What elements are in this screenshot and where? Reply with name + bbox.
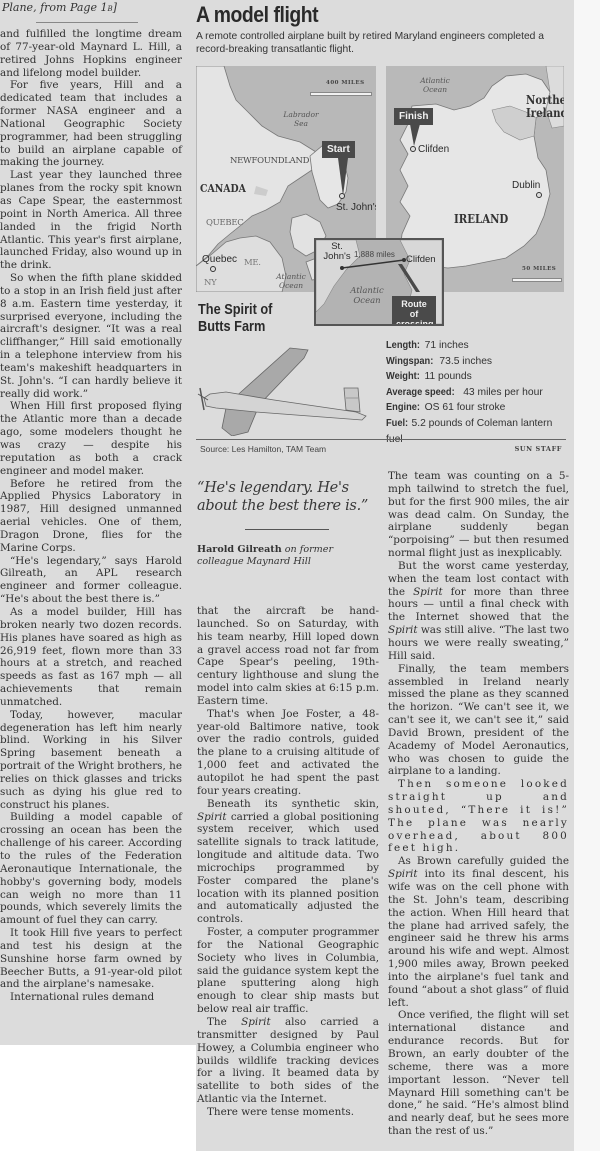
scale-label: 400 MILES xyxy=(326,80,365,86)
paragraph: Foster, a computer programmer for the Na… xyxy=(197,926,379,1016)
city-marker-icon xyxy=(210,266,216,272)
city-label-st-johns: St. John's xyxy=(336,202,376,213)
scale-bar xyxy=(310,92,372,96)
spec-value: 43 miles per hour xyxy=(463,387,543,398)
spec-value: 73.5 inches xyxy=(439,356,492,367)
pull-quote-name: Harold Gilreath xyxy=(197,544,282,555)
region-label-newfoundland: NEWFOUNDLAND xyxy=(230,156,309,166)
spec-key: Fuel: xyxy=(386,416,408,432)
pull-quote-text: “He's legendary. He's about the best the… xyxy=(197,480,377,515)
country-label-canada: CANADA xyxy=(200,182,246,195)
paragraph: As Brown carefully guided the Spirit int… xyxy=(388,855,569,1009)
jump-line: Plane, from Page 1B] xyxy=(0,0,184,18)
state-label-me: ME. xyxy=(244,258,261,268)
spec-row: Engine: OS 61 four stroke xyxy=(386,400,568,416)
spec-row: Weight: 11 pounds xyxy=(386,369,568,385)
jump-rule xyxy=(36,22,138,23)
article-column-3: The team was counting on a 5-mph tailwin… xyxy=(388,470,569,1138)
paragraph: Today, however, macular degeneration has… xyxy=(0,709,182,812)
jump-line-text: Plane, from Page 1 xyxy=(2,1,107,14)
paragraph: “He's legendary,” says Harold Gilreath, … xyxy=(0,555,182,606)
paragraph: But the worst came yesterday, when the t… xyxy=(388,560,569,663)
paragraph: So when the fifth plane skidded to a sto… xyxy=(0,272,182,400)
start-pointer-icon xyxy=(336,158,350,198)
model-airplane-illustration-icon xyxy=(196,336,376,436)
ocean-label: Atlantic Ocean xyxy=(410,76,460,94)
paragraph: When Hill first proposed flying the Atla… xyxy=(0,400,182,477)
paragraph: Before he retired from the Applied Physi… xyxy=(0,478,182,555)
info-graphic: A model flight A remote controlled airpl… xyxy=(196,2,568,466)
jump-bracket: ] xyxy=(113,1,117,14)
paragraph: Then someone looked straight up and shou… xyxy=(388,778,569,855)
column-1-body: and fulfilled the longtime dream of 77-y… xyxy=(0,28,182,1004)
spec-row: Length: 71 inches xyxy=(386,338,568,354)
paragraph: and fulfilled the longtime dream of 77-y… xyxy=(0,28,182,79)
paragraph: Finally, the team members assembled in I… xyxy=(388,663,569,779)
state-label-ny: NY xyxy=(204,278,216,288)
plane-title-text: The Spirit of Butts Farm xyxy=(198,302,295,336)
spec-value: 11 pounds xyxy=(424,371,471,382)
graphic-source: Source: Les Hamilton, TAM Team xyxy=(200,444,326,454)
city-label-clifden: Clifden xyxy=(418,144,449,155)
spec-key: Length: xyxy=(386,338,420,354)
inset-from-label: St. John's xyxy=(318,242,356,262)
inset-to-label: Clifden xyxy=(406,254,436,265)
ship-name: Spirit xyxy=(197,811,227,823)
ship-name: Spirit xyxy=(388,868,418,880)
paragraph: Last year they launched three planes fro… xyxy=(0,169,182,272)
country-label-ireland: IRELAND xyxy=(454,212,508,226)
paragraph: There were tense moments. xyxy=(197,1106,379,1119)
paragraph: The team was counting on a 5-mph tailwin… xyxy=(388,470,569,560)
spec-key: Engine: xyxy=(386,400,420,416)
graphic-credit: SUN STAFF xyxy=(515,445,562,453)
paragraph: International rules demand xyxy=(0,991,182,1004)
article-column-1: Plane, from Page 1B] and fulfilled the l… xyxy=(0,0,184,18)
map-inset-route: St. John's 1,888 miles Clifden Atlantic … xyxy=(314,238,444,326)
pull-quote-rule xyxy=(245,529,329,530)
graphic-rule xyxy=(196,439,566,440)
spec-row: Fuel: 5.2 pounds of Coleman lantern fuel xyxy=(386,416,568,447)
finish-tag: Finish xyxy=(394,108,433,125)
country-label-northern-ireland: Northern Ireland xyxy=(526,94,564,120)
spec-value: 5.2 pounds of Coleman lantern fuel xyxy=(386,418,552,445)
paragraph: That's when Joe Foster, a 48-year-old Ba… xyxy=(197,708,379,798)
spec-key: Wingspan: xyxy=(386,354,433,370)
clipping-cut-area xyxy=(0,1045,196,1151)
scan-margin xyxy=(574,0,600,1151)
scale-label: 50 MILES xyxy=(522,266,556,272)
spec-key: Average speed: xyxy=(386,385,455,401)
city-label-quebec: Quebec xyxy=(202,254,237,265)
ship-name: Spirit xyxy=(388,624,418,636)
region-label-quebec: QUEBEC xyxy=(206,218,244,228)
sea-label: Labrador Sea xyxy=(276,110,326,128)
article-column-2: that the aircraft be hand-launched. So o… xyxy=(197,605,379,1119)
spec-row: Average speed: 43 miles per hour xyxy=(386,385,568,401)
ocean-label: Atlantic Ocean xyxy=(266,272,316,290)
spec-value: 71 inches xyxy=(425,340,469,351)
ocean-label: Atlantic Ocean xyxy=(342,286,392,306)
paragraph: that the aircraft be hand-launched. So o… xyxy=(197,605,379,708)
paragraph: Building a model capable of crossing an … xyxy=(0,811,182,927)
finish-marker-icon xyxy=(410,146,416,152)
spec-key: Weight: xyxy=(386,369,420,385)
ship-name: Spirit xyxy=(241,1016,271,1028)
spec-value: OS 61 four stroke xyxy=(425,402,506,413)
paragraph: It took Hill five years to perfect and t… xyxy=(0,927,182,991)
graphic-subtitle: A remote controlled airplane built by re… xyxy=(196,30,566,56)
start-tag: Start xyxy=(322,141,355,158)
plane-specs: Length: 71 inches Wingspan: 73.5 inches … xyxy=(386,338,568,447)
capital-marker-icon xyxy=(536,192,542,198)
pull-quote: “He's legendary. He's about the best the… xyxy=(197,480,377,568)
paragraph: For five years, Hill and a dedicated tea… xyxy=(0,79,182,169)
plane-title: The Spirit of Butts Farm xyxy=(198,302,295,336)
distance-label: 1,888 miles xyxy=(354,250,395,259)
paragraph: The Spirit also carried a transmitter de… xyxy=(197,1016,379,1106)
paragraph: As a model builder, Hill has broken near… xyxy=(0,606,182,709)
graphic-title: A model flight xyxy=(196,2,523,28)
ship-name: Spirit xyxy=(413,586,443,598)
paragraph: Once verified, the flight will set inter… xyxy=(388,1009,569,1137)
spec-row: Wingspan: 73.5 inches xyxy=(386,354,568,370)
route-tag: Route of crossing xyxy=(392,296,436,326)
start-marker-icon xyxy=(339,193,345,199)
pull-quote-attribution: Harold Gilreath on former colleague Mayn… xyxy=(197,544,377,568)
city-label-dublin: Dublin xyxy=(512,180,540,191)
scale-bar xyxy=(512,278,562,282)
paragraph: Beneath its synthetic skin, Spirit carri… xyxy=(197,798,379,926)
